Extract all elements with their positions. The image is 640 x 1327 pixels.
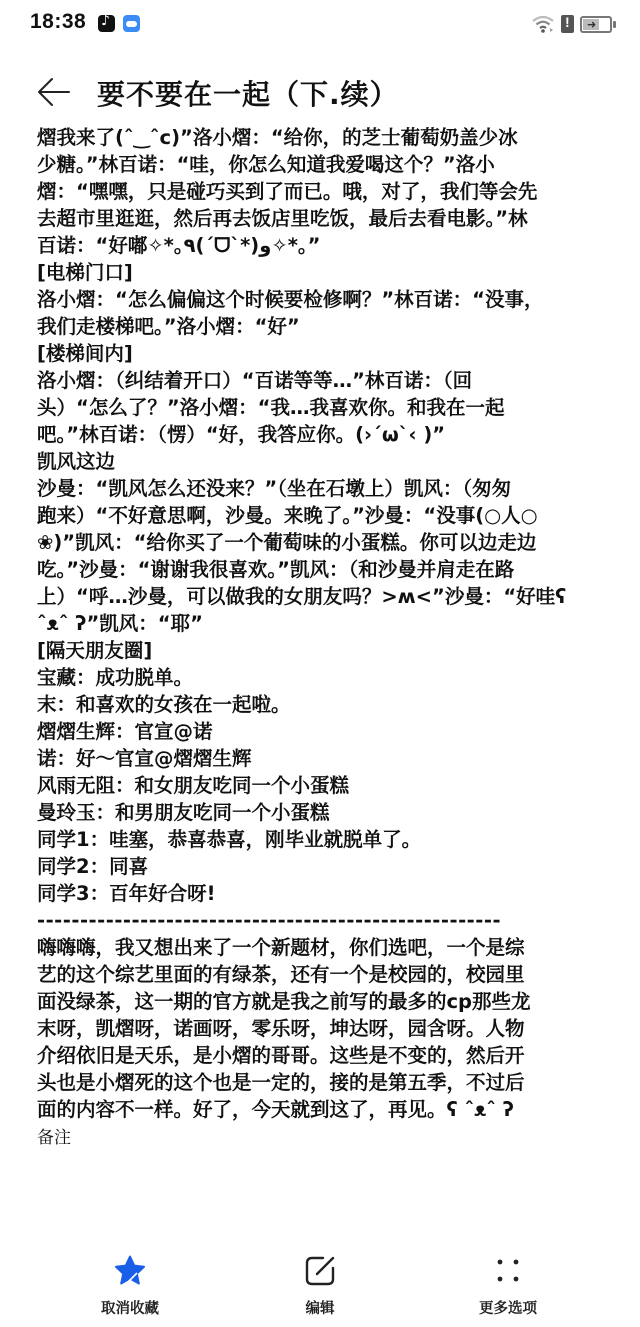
moments-post: 同学2：同喜 bbox=[37, 853, 582, 880]
story-line: ˆᴥˆ ʔ”凯风：“耶” bbox=[37, 610, 582, 637]
story-line: 熠我来了(ˆ‿ˆc)”洛小熠：“给你，的芝士葡萄奶盖少冰 bbox=[37, 124, 582, 151]
moments-post: 曼玲玉：和男朋友吃同一个小蛋糕 bbox=[37, 799, 582, 826]
status-time: 18:38 bbox=[30, 10, 86, 34]
dashed-divider: ----------------------------------------… bbox=[37, 907, 552, 934]
moments-post: 同学3：百年好合呀! bbox=[37, 880, 582, 907]
edit-label: 编辑 bbox=[306, 1297, 335, 1318]
story-line: ❀)”凯风：“给你买了一个葡萄味的小蛋糕。你可以边走边 bbox=[37, 529, 582, 556]
story-line: 洛小熠：“怎么偏偏这个时候要检修啊？”林百诺：“没事， bbox=[37, 286, 582, 313]
story-line: 沙曼：“凯风怎么还没来？”（坐在石墩上）凯风：（匆匆 bbox=[37, 475, 582, 502]
afterword-line: 艺的这个综艺里面的有绿茶，还有一个是校园的，校园里 bbox=[37, 961, 582, 988]
tiktok-icon bbox=[98, 15, 115, 32]
story-line: 去超市里逛逛，然后再去饭店里吃饭，最后去看电影。”林 bbox=[37, 205, 582, 232]
scene-heading: [楼梯间内] bbox=[37, 340, 582, 367]
afterword-line: 面没绿茶，这一期的官方就是我之前写的最多的cp那些龙 bbox=[37, 988, 582, 1015]
battery-charging-icon: ➜ bbox=[580, 16, 612, 33]
story-line: 熠：“嘿嘿，只是碰巧买到了而已。哦，对了，我们等会先 bbox=[37, 178, 582, 205]
story-line: 我们走楼梯吧。”洛小熠：“好” bbox=[37, 313, 582, 340]
note-body[interactable]: 熠我来了(ˆ‿ˆc)”洛小熠：“给你，的芝士葡萄奶盖少冰 少糖。”林百诺：“哇，… bbox=[37, 124, 582, 1152]
more-dots-icon bbox=[491, 1254, 525, 1288]
scene-heading: [隔天朋友圈] bbox=[37, 637, 582, 664]
back-button[interactable] bbox=[36, 74, 72, 110]
afterword-line: 面的内容不一样。好了，今天就到这了，再见。ʕ ˆᴥˆ ʔ bbox=[37, 1096, 582, 1123]
sim-alert-icon bbox=[561, 15, 574, 33]
edit-icon bbox=[303, 1254, 337, 1288]
moments-post: 同学1：哇塞，恭喜恭喜，刚毕业就脱单了。 bbox=[37, 826, 582, 853]
edit-button[interactable]: 编辑 bbox=[260, 1253, 380, 1318]
star-filled-icon bbox=[113, 1254, 147, 1288]
afterword-line: 头也是小熠死的这个也是一定的，接的是第五季，不过后 bbox=[37, 1069, 582, 1096]
cloud-icon bbox=[123, 15, 140, 32]
story-line: 上）“呼…沙曼，可以做我的女朋友吗？>ʍ<”沙曼：“好哇ʕ bbox=[37, 583, 582, 610]
story-line: 头）“怎么了？”洛小熠：“我…我喜欢你。和我在一起 bbox=[37, 394, 582, 421]
moments-post: 诺：好～官宣@熠熠生辉 bbox=[37, 745, 582, 772]
more-options-button[interactable]: 更多选项 bbox=[448, 1253, 568, 1318]
scene-heading: [电梯门口] bbox=[37, 259, 582, 286]
moments-post: 末：和喜欢的女孩在一起啦。 bbox=[37, 691, 582, 718]
story-line: 吧。”林百诺：（愣）“好，我答应你。(›´ω`‹ )” bbox=[37, 421, 582, 448]
unfavorite-button[interactable]: 取消收藏 bbox=[70, 1253, 190, 1318]
page-title: 要不要在一起（下.续） bbox=[97, 73, 399, 113]
moments-post: 熠熠生辉：官宣@诺 bbox=[37, 718, 582, 745]
bottom-toolbar: 取消收藏 编辑 更多选项 bbox=[0, 1245, 640, 1327]
note-label[interactable]: 备注 bbox=[37, 1125, 582, 1152]
moments-post: 风雨无阻：和女朋友吃同一个小蛋糕 bbox=[37, 772, 582, 799]
story-line: 吃。”沙曼：“谢谢我很喜欢。”凯风：（和沙曼并肩走在路 bbox=[37, 556, 582, 583]
arrow-left-icon bbox=[36, 74, 72, 110]
header: 要不要在一起（下.续） bbox=[0, 60, 640, 126]
story-line: 少糖。”林百诺：“哇，你怎么知道我爱喝这个？”洛小 bbox=[37, 151, 582, 178]
wifi-icon bbox=[531, 14, 555, 34]
afterword-line: 末呀，凯熠呀，诺画呀，零乐呀，坤达呀，园含呀。人物 bbox=[37, 1015, 582, 1042]
afterword-line: 嗨嗨嗨，我又想出来了一个新题材，你们选吧，一个是综 bbox=[37, 934, 582, 961]
system-status-icons: ➜ bbox=[531, 13, 612, 35]
story-line: 跑来）“不好意思啊，沙曼。来晚了。”沙曼：“没事(○人○ bbox=[37, 502, 582, 529]
scene-heading: 凯风这边 bbox=[37, 448, 582, 475]
story-line: 百诺：“好嘟✧*｡٩(ˊᗜˋ*)و✧*｡” bbox=[37, 232, 582, 259]
more-options-label: 更多选项 bbox=[479, 1297, 537, 1318]
moments-post: 宝藏：成功脱单。 bbox=[37, 664, 582, 691]
unfavorite-label: 取消收藏 bbox=[101, 1297, 159, 1318]
status-bar: 18:38 ➜ bbox=[0, 0, 640, 50]
afterword-line: 介绍依旧是天乐，是小熠的哥哥。这些是不变的，然后开 bbox=[37, 1042, 582, 1069]
story-line: 洛小熠：（纠结着开口）“百诺等等…”林百诺：（回 bbox=[37, 367, 582, 394]
